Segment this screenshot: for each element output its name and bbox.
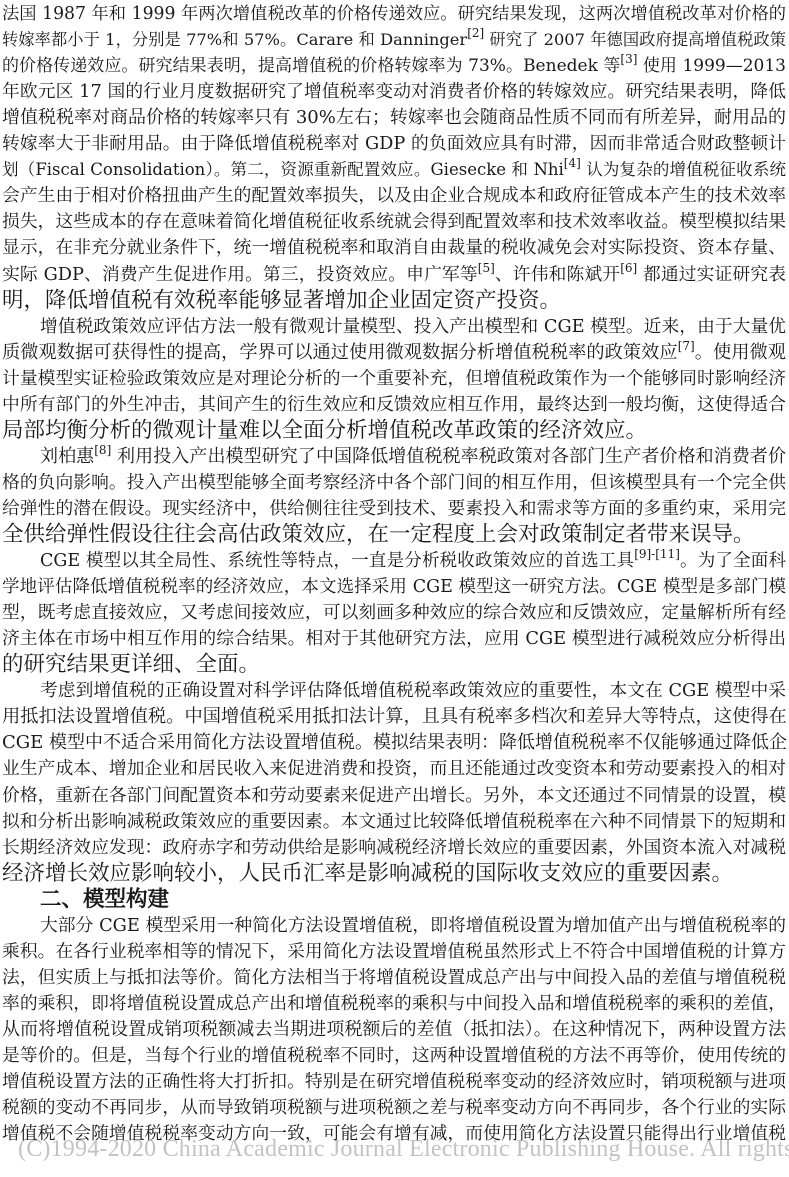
text-line: 显示，在非充分就业条件下，统一增值税税率和取消自由裁量的税收减免会对实际投资、资…	[2, 235, 786, 261]
line-text: 的研究结果更详细、全面。	[2, 652, 260, 677]
line-text: 。使用微观	[695, 342, 786, 363]
text-line: 给弹性的潜在假设。现实经济中，供给侧往往受到技术、要素投入和需求等方面的多重约束…	[2, 496, 786, 522]
line-text: 研究了 2007 年德国政府提高增值税政策	[484, 30, 786, 49]
line-text: 法，但实质上与抵扣法等价。简化方法相当于将增值税设置成总产出与中间投入品的差值与…	[2, 968, 786, 988]
line-text: 使用 1999—2013	[637, 56, 786, 76]
line-text: 增值税税率对商品价格的转嫁率只有 30%左右；转嫁率也会随商品性质不同而有所差异…	[2, 107, 786, 128]
line-text: 是等价的。但是，当每个行业的增值税税率不同时，这两种设置增值税的方法不再等价，使…	[2, 1046, 786, 1066]
line-text: 转嫁率都小于 1，分别是 77%和 57%。Carare 和 Danninger	[2, 30, 467, 49]
text-line: 济主体在市场中相互作用的综合结果。相对于其他研究方法，应用 CGE 模型进行减税…	[2, 626, 786, 652]
text-line: 计量模型实证检验政策效应是对理论分析的一个重要补充，但增值税政策作为一个能够同时…	[2, 366, 786, 392]
citation-ref[interactable]: [6]	[620, 261, 637, 275]
text-line: 增值税设置方法的正确性将大打折扣。特别是在研究增值税税率变动的经济效应时，销项税…	[2, 1069, 786, 1095]
line-text: 业生产成本、增加企业和居民收入来促进消费和投资，而且还能通过改变资本和劳动要素投…	[2, 759, 786, 779]
text-line: 划（Fiscal Consolidation）。第二，资源重新配置效应。Gies…	[2, 157, 786, 183]
text-line: 是等价的。但是，当每个行业的增值税税率不同时，这两种设置增值税的方法不再等价，使…	[2, 1043, 786, 1069]
text-line: 会产生由于相对价格扭曲产生的配置效率损失，以及由企业合规成本和政府征管成本产生的…	[2, 183, 786, 209]
text-line: 年欧元区 17 国的行业月度数据研究了增值税率变动对消费者价格的转嫁效应。研究结…	[2, 79, 786, 105]
citation-ref[interactable]: [2]	[467, 26, 484, 40]
line-text: 质微观数据可获得性的提高，学界可以通过使用微观数据分析增值税税率的政策效应	[2, 342, 678, 363]
line-text: 转嫁率大于非耐用品。由于降低增值税税率对 GDP 的负面效应具有时滞，因而非常适…	[2, 134, 786, 154]
text-line: 价格，重新在各部门间配置资本和劳动要素来促进产出增长。另外，本文还通过不同情景的…	[2, 783, 786, 809]
line-text: 增值税政策效应评估方法一般有微观计量模型、投入产出模型和 CGE 模型。近来，由…	[40, 317, 786, 337]
line-text: 认为复杂的增值税征收系统	[581, 160, 786, 179]
citation-ref[interactable]: [7]	[678, 339, 695, 353]
text-line: 法，但实质上与抵扣法等价。简化方法相当于将增值税设置成总产出与中间投入品的差值与…	[2, 965, 786, 991]
line-text: 长期经济效应发现：政府赤字和劳动供给是影响减税经济增长效应的重要因素，外国资本流…	[2, 838, 786, 858]
text-line: 损失，这些成本的存在意味着简化增值税征收系统就会得到配置效率和技术效率收益。模型…	[2, 209, 786, 235]
text-line: 增值税税率对商品价格的转嫁率只有 30%左右；转嫁率也会随商品性质不同而有所差异…	[2, 105, 786, 131]
line-text: 计量模型实证检验政策效应是对理论分析的一个重要补充，但增值税政策作为一个能够同时…	[2, 369, 786, 389]
line-text: 损失，这些成本的存在意味着简化增值税征收系统就会得到配置效率和技术效率收益。模型…	[2, 212, 786, 232]
section-heading: 二、模型构建	[40, 887, 789, 913]
line-text: 显示，在非充分就业条件下，统一增值税税率和取消自由裁量的税收减免会对实际投资、资…	[2, 238, 786, 258]
line-text: 刘柏惠	[40, 446, 94, 467]
line-text: CGE 模型以其全局性、系统性等特点，一直是分析税收政策效应的首选工具	[40, 551, 634, 571]
text-line: 乘积。在各行业税率相等的情况下，采用简化方法设置增值税虽然形式上不符合中国增值税…	[2, 939, 786, 965]
line-text: 、许伟和陈斌开	[495, 265, 620, 285]
text-line: 中所有部门的外生冲击，其间产生的衍生效应和反馈效应相互作用，最终达到一般均衡，这…	[2, 392, 786, 418]
text-line: 长期经济效应发现：政府赤字和劳动供给是影响减税经济增长效应的重要因素，外国资本流…	[2, 835, 786, 861]
text-line: 格的负向影响。投入产出模型能够全面考察经济中各个部门间的相互作用，但该模型具有一…	[2, 470, 786, 496]
citation-ref[interactable]: [3]	[620, 52, 637, 66]
text-line: CGE 模型以其全局性、系统性等特点，一直是分析税收政策效应的首选工具[9]-[…	[40, 548, 786, 574]
line-text: 划（Fiscal Consolidation）。第二，资源重新配置效应。Gies…	[2, 160, 564, 179]
citation-ref[interactable]: [4]	[564, 156, 581, 170]
text-line: 用抵扣法设置增值税。中国增值税采用抵扣法计算，且具有税率多档次和差异大等特点，这…	[2, 704, 786, 730]
line-text: 经济增长效应影响较小，人民币汇率是影响减税的国际收支效应的重要因素。	[2, 861, 733, 886]
text-line: 从而将增值税设置成销项税额减去当期进项税额后的差值（抵扣法）。在这种情况下，两种…	[2, 1017, 786, 1043]
line-text: 用抵扣法设置增值税。中国增值税采用抵扣法计算，且具有税率多档次和差异大等特点，这…	[2, 706, 787, 727]
line-text: 会产生由于相对价格扭曲产生的配置效率损失，以及由企业合规成本和政府征管成本产生的…	[2, 186, 786, 206]
text-line: 转嫁率大于非耐用品。由于降低增值税税率对 GDP 的负面效应具有时滞，因而非常适…	[2, 131, 786, 157]
text-line: 质微观数据可获得性的提高，学界可以通过使用微观数据分析增值税税率的政策效应[7]…	[2, 340, 786, 366]
text-line: 的研究结果更详细、全面。	[2, 652, 786, 678]
text-line: 全供给弹性假设往往会高估政策效应，在一定程度上会对政策制定者带来误导。	[2, 522, 786, 548]
text-line: 税额的变动不再同步，从而导致销项税额与进项税额之差与税率变动方向不再同步，各个行…	[2, 1095, 786, 1121]
line-text: 法国 1987 年和 1999 年两次增值税改革的价格传递效应。研究结果发现，这…	[2, 4, 786, 24]
line-text: 利用投入产出模型研究了中国降低增值税税率税政策对各部门生产者价格和消费者价	[111, 446, 786, 467]
line-text: 的价格传递效应。研究结果表明，提高增值税的价格转嫁率为 73%。Benedek …	[2, 56, 620, 76]
text-line: 拟和分析出影响减税政策效应的重要因素。本文通过比较降低增值税税率在六种不同情景下…	[2, 809, 786, 835]
text-line: 增值税不会随增值税税率变动方向一致，可能会有增有减，而使用简化方法设置只能得出行…	[2, 1121, 786, 1147]
line-text: 从而将增值税设置成销项税额减去当期进项税额后的差值（抵扣法）。在这种情况下，两种…	[2, 1019, 786, 1040]
text-line: 实际 GDP、消费产生促进作用。第三，投资效应。申广军等[5]、许伟和陈斌开[6…	[2, 262, 786, 288]
line-text: 全供给弹性假设往往会高估政策效应，在一定程度上会对政策制定者带来误导。	[2, 522, 755, 547]
line-text: 年欧元区 17 国的行业月度数据研究了增值税率变动对消费者价格的转嫁效应。研究结…	[2, 82, 786, 102]
text-line: 转嫁率都小于 1，分别是 77%和 57%。Carare 和 Danninger…	[2, 27, 786, 53]
text-line: 的价格传递效应。研究结果表明，提高增值税的价格转嫁率为 73%。Benedek …	[2, 53, 786, 79]
line-text: 二、模型构建	[40, 887, 169, 912]
line-text: 率的乘积，即将增值税设置成总产出和增值税税率的乘积与中间投入品和增值税税率的乘积…	[2, 994, 786, 1014]
text-line: 大部分 CGE 模型采用一种简化方法设置增值税，即将增值税设置为增加值产出与增值…	[40, 913, 786, 939]
line-text: 增值税不会随增值税税率变动方向一致，可能会有增有减，而使用简化方法设置只能得出行…	[2, 1124, 786, 1144]
text-line: 刘柏惠[8] 利用投入产出模型研究了中国降低增值税税率税政策对各部门生产者价格和…	[40, 444, 786, 470]
text-line: 局部均衡分析的微观计量难以全面分析增值税改革政策的经济效应。	[2, 418, 786, 444]
text-line: 学地评估降低增值税税率的经济效应，本文选择采用 CGE 模型这一研究方法。CGE…	[2, 574, 786, 600]
line-text: 价格，重新在各部门间配置资本和劳动要素来促进产出增长。另外，本文还通过不同情景的…	[2, 786, 786, 806]
text-line: 业生产成本、增加企业和居民收入来促进消费和投资，而且还能通过改变资本和劳动要素投…	[2, 756, 786, 782]
line-text: 大部分 CGE 模型采用一种简化方法设置增值税，即将增值税设置为增加值产出与增值…	[40, 916, 786, 936]
line-text: 济主体在市场中相互作用的综合结果。相对于其他研究方法，应用 CGE 模型进行减税…	[2, 629, 786, 649]
line-text: 税额的变动不再同步，从而导致销项税额与进项税额之差与税率变动方向不再同步，各个行…	[2, 1098, 786, 1118]
text-line: 增值税政策效应评估方法一般有微观计量模型、投入产出模型和 CGE 模型。近来，由…	[40, 314, 786, 340]
line-text: 学地评估降低增值税税率的经济效应，本文选择采用 CGE 模型这一研究方法。CGE…	[2, 577, 786, 597]
line-text: 考虑到增值税的正确设置对科学评估降低增值税税率政策效应的重要性，本文在 CGE …	[40, 681, 786, 701]
line-text: 实际 GDP、消费产生促进作用。第三，投资效应。申广军等	[2, 265, 478, 285]
line-text: 局部均衡分析的微观计量难以全面分析增值税改革政策的经济效应。	[2, 418, 647, 443]
line-text: 都通过实证研究表	[637, 265, 786, 285]
text-line: 明，降低增值税有效税率能够显著增加企业固定资产投资。	[2, 288, 786, 314]
line-text: CGE 模型中不适合采用简化方法设置增值税。模拟结果表明：降低增值税税率不仅能够…	[2, 732, 787, 753]
text-line: CGE 模型中不适合采用简化方法设置增值税。模拟结果表明：降低增值税税率不仅能够…	[2, 730, 786, 756]
line-text: 给弹性的潜在假设。现实经济中，供给侧往往受到技术、要素投入和需求等方面的多重约束…	[2, 499, 786, 519]
line-text: 中所有部门的外生冲击，其间产生的衍生效应和反馈效应相互作用，最终达到一般均衡，这…	[2, 395, 786, 415]
text-line: 经济增长效应影响较小，人民币汇率是影响减税的国际收支效应的重要因素。	[2, 861, 786, 887]
line-text: 乘积。在各行业税率相等的情况下，采用简化方法设置增值税虽然形式上不符合中国增值税…	[2, 942, 786, 962]
line-text: 增值税设置方法的正确性将大打折扣。特别是在研究增值税税率变动的经济效应时，销项税…	[2, 1072, 786, 1092]
text-line: 法国 1987 年和 1999 年两次增值税改革的价格传递效应。研究结果发现，这…	[2, 1, 786, 27]
text-line: 考虑到增值税的正确设置对科学评估降低增值税税率政策效应的重要性，本文在 CGE …	[40, 678, 786, 704]
citation-ref[interactable]: [8]	[94, 443, 111, 457]
citation-ref[interactable]: [9]-[11]	[634, 547, 680, 561]
citation-ref[interactable]: [5]	[478, 261, 495, 275]
text-line: 率的乘积，即将增值税设置成总产出和增值税税率的乘积与中间投入品和增值税税率的乘积…	[2, 991, 786, 1017]
line-text: 格的负向影响。投入产出模型能够全面考察经济中各个部门间的相互作用，但该模型具有一…	[2, 473, 786, 493]
line-text: 明，降低增值税有效税率能够显著增加企业固定资产投资。	[2, 288, 561, 313]
text-line: 型，既考虑直接效应，又考虑间接效应，可以刻画多种效应的综合效应和反馈效应，定量解…	[2, 600, 786, 626]
line-text: 拟和分析出影响减税政策效应的重要因素。本文通过比较降低增值税税率在六种不同情景下…	[2, 812, 786, 832]
line-text: 。为了全面科	[680, 551, 786, 571]
line-text: 型，既考虑直接效应，又考虑间接效应，可以刻画多种效应的综合效应和反馈效应，定量解…	[2, 603, 786, 623]
